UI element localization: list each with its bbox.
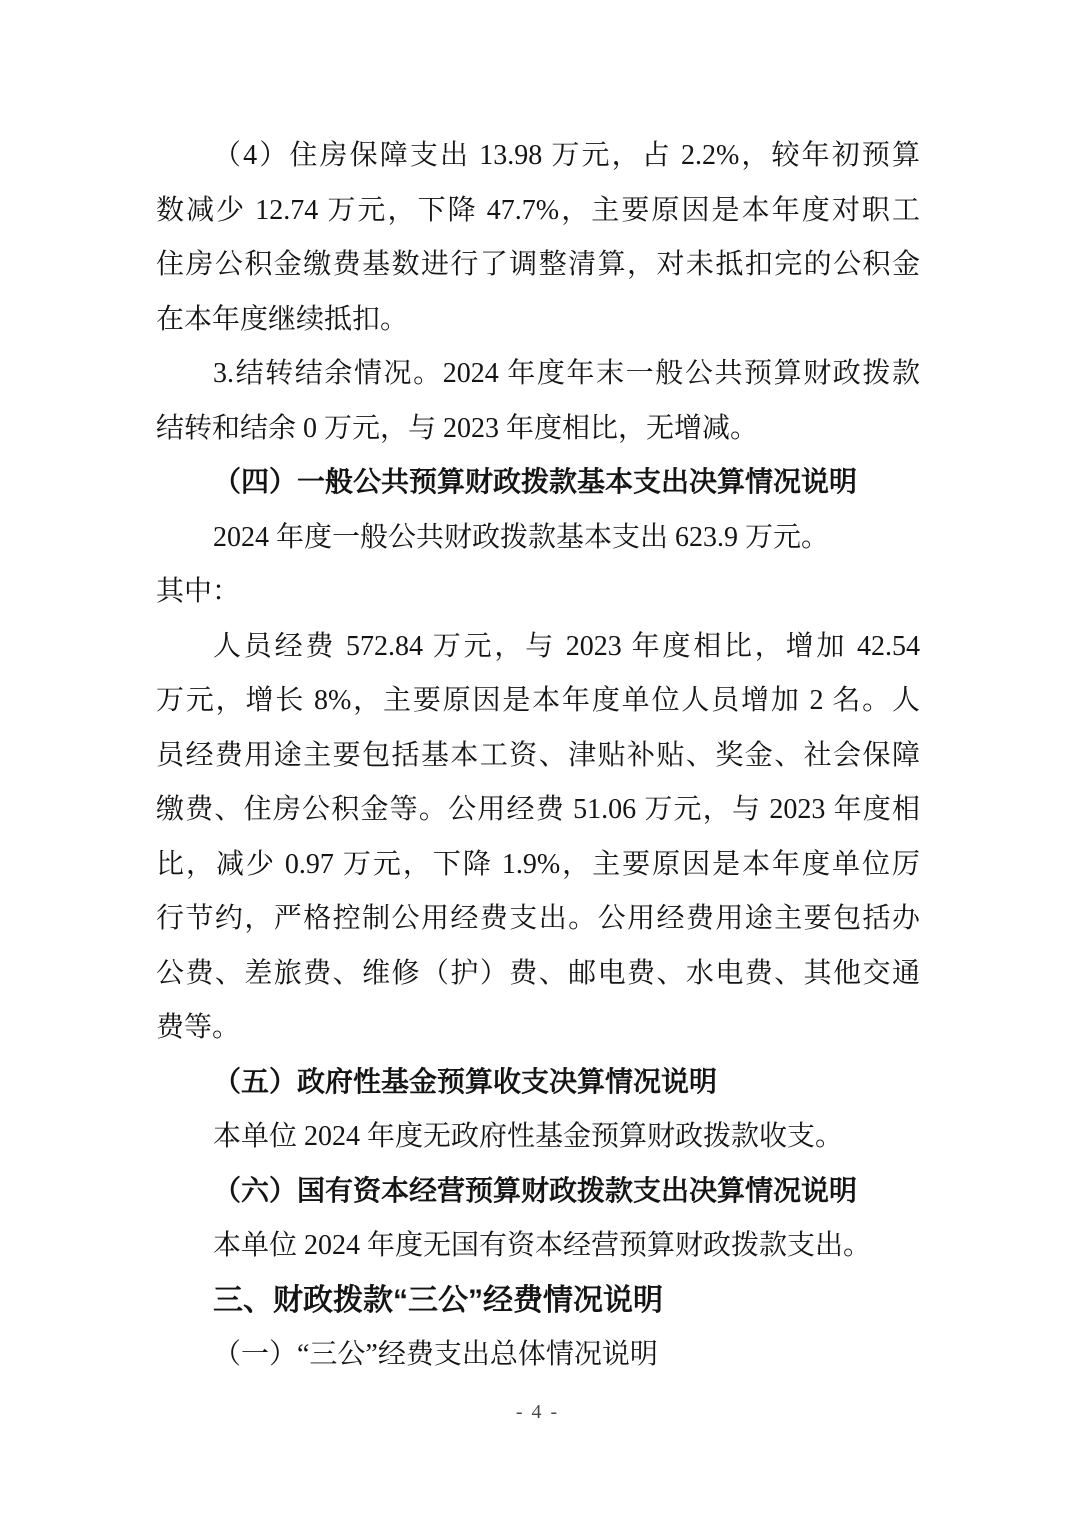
heading-subsection-1: （一）“三公”经费支出总体情况说明 — [156, 1328, 920, 1383]
text-line: 人员经费 572.84 万元，与 2023 年度相比，增加 42.54 — [156, 620, 920, 675]
heading-part-3: 三、财政拨款“三公”经费情况说明 — [156, 1274, 920, 1329]
text-line: 数减少 12.74 万元，下降 47.7%，主要原因是本年度对职工 — [156, 184, 920, 239]
heading-section-4: （四）一般公共预算财政拨款基本支出决算情况说明 — [156, 456, 920, 511]
text-line: 本单位 2024 年度无国有资本经营预算财政拨款支出。 — [156, 1219, 920, 1274]
document-body: （4）住房保障支出 13.98 万元，占 2.2%，较年初预算 数减少 12.7… — [156, 129, 920, 1383]
text-line: 住房公积金缴费基数进行了调整清算，对未抵扣完的公积金 — [156, 238, 920, 293]
text-line: 员经费用途主要包括基本工资、津贴补贴、奖金、社会保障 — [156, 729, 920, 784]
text-line: 2024 年度一般公共财政拨款基本支出 623.9 万元。 — [156, 511, 920, 566]
text-line: 其中： — [156, 565, 920, 620]
text-line: 缴费、住房公积金等。公用经费 51.06 万元，与 2023 年度相 — [156, 783, 920, 838]
text-line: （4）住房保障支出 13.98 万元，占 2.2%，较年初预算 — [156, 129, 920, 184]
text-line: 结转和结余 0 万元，与 2023 年度相比，无增减。 — [156, 402, 920, 457]
text-line: 万元，增长 8%，主要原因是本年度单位人员增加 2 名。人 — [156, 674, 920, 729]
text-line: 比，减少 0.97 万元，下降 1.9%，主要原因是本年度单位厉 — [156, 838, 920, 893]
text-line: 本单位 2024 年度无政府性基金预算财政拨款收支。 — [156, 1110, 920, 1165]
heading-section-6: （六）国有资本经营预算财政拨款支出决算情况说明 — [156, 1165, 920, 1220]
text-line: 费等。 — [156, 1001, 920, 1056]
text-line: 公费、差旅费、维修（护）费、邮电费、水电费、其他交通 — [156, 947, 920, 1002]
page-number: - 4 - — [0, 1401, 1075, 1424]
text-line: 3.结转结余情况。2024 年度年末一般公共预算财政拨款 — [156, 347, 920, 402]
heading-section-5: （五）政府性基金预算收支决算情况说明 — [156, 1056, 920, 1111]
text-line: 行节约，严格控制公用经费支出。公用经费用途主要包括办 — [156, 892, 920, 947]
text-line: 在本年度继续抵扣。 — [156, 293, 920, 348]
document-page: （4）住房保障支出 13.98 万元，占 2.2%，较年初预算 数减少 12.7… — [0, 0, 1075, 1520]
